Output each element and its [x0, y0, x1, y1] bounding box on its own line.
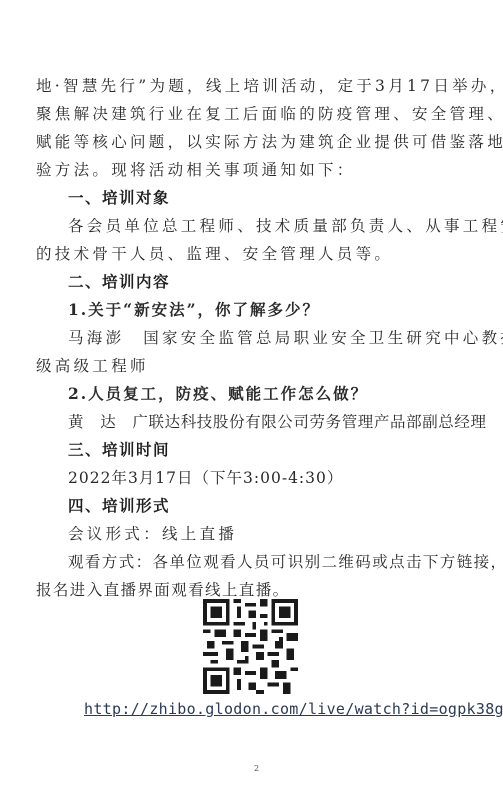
- intro-line-2: 聚焦解决建筑行业在复工后面临的防疫管理、安全管理、人员: [36, 104, 448, 124]
- section1-line-1: 各会员单位总工程师、技术质量部负责人、从事工程安全: [68, 216, 448, 236]
- section1-line-2: 的技术骨干人员、监理、安全管理人员等。: [36, 244, 448, 264]
- topic1-speaker-line-1: 马海澎 国家安全监管总局职业安全卫生研究中心教授: [68, 328, 448, 348]
- watch-line-1: 观看方式：各单位观看人员可识别二维码或点击下方链接，: [68, 552, 448, 572]
- live-stream-link[interactable]: http://zhibo.glodon.com/live/watch?id=og…: [84, 700, 503, 718]
- intro-line-3: 赋能等核心问题，以实际方法为建筑企业提供可借鉴落地和经: [36, 132, 448, 152]
- training-time: 2022年3月17日（下午3:00-4:30）: [68, 468, 448, 488]
- qr-code-icon[interactable]: [203, 599, 298, 694]
- meeting-format: 会议形式：线上直播: [68, 524, 448, 544]
- section-heading-3: 三、培训时间: [68, 440, 448, 460]
- intro-line-4: 验方法。现将活动相关事项通知如下：: [36, 160, 448, 180]
- topic2-speaker-line: 黄 达 广联达科技股份有限公司劳务管理产品部副总经理: [68, 412, 448, 432]
- topic2-title: 2.人员复工，防疫、赋能工作怎么做？: [68, 384, 448, 404]
- page-number: 2: [254, 764, 259, 773]
- topic1-title: 1.关于“新安法”，你了解多少？: [68, 300, 448, 320]
- watch-line-2: 报名进入直播界面观看线上直播。: [36, 580, 448, 600]
- section-heading-1: 一、培训对象: [68, 188, 448, 208]
- topic1-speaker-line-2: 级高级工程师: [36, 356, 448, 376]
- intro-line-1: 地·智慧先行”为题，线上培训活动，定于3月17日举办，: [36, 76, 448, 96]
- section-heading-4: 四、培训形式: [68, 496, 448, 516]
- section-heading-2: 二、培训内容: [68, 272, 448, 292]
